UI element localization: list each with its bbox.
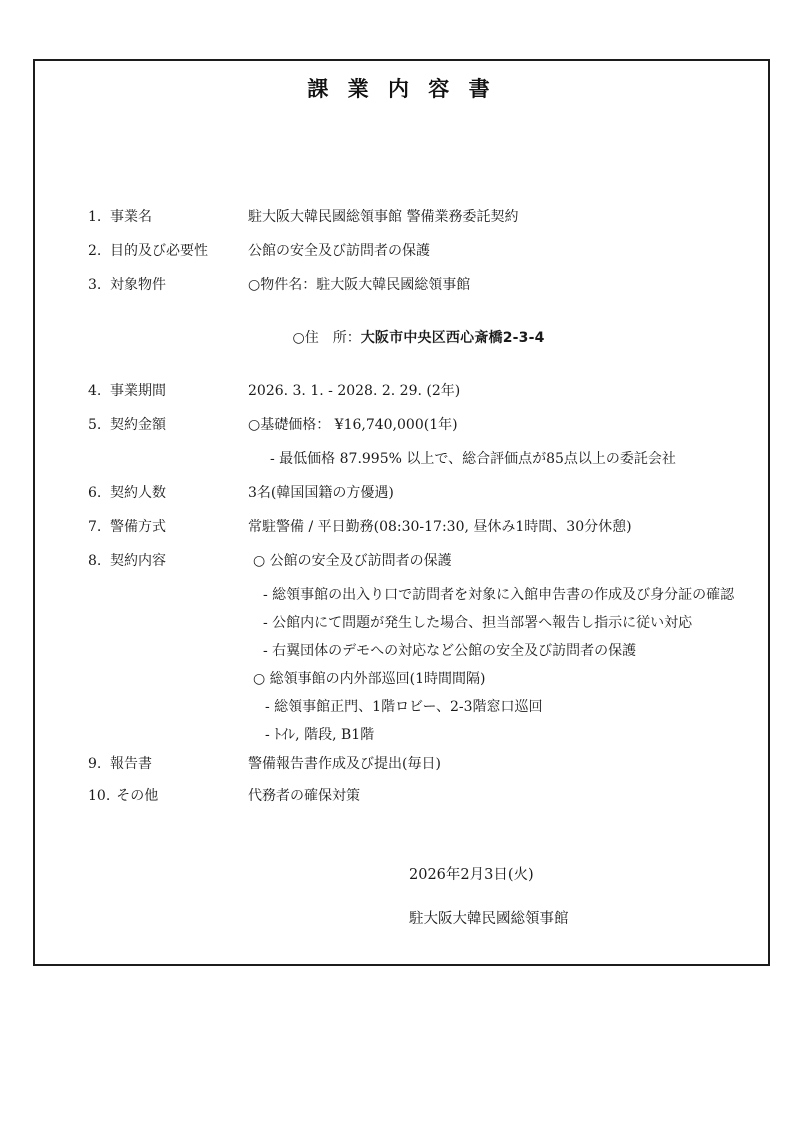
item-row-1: 1. 事業名 駐大阪大韓民國総領事館 警備業務委託契約 [88,208,750,227]
item-row-5-note: - 最低価格 87.995% 以上で、総合評価点が85点以上の委託会社 [88,450,750,469]
item-list: 1. 事業名 駐大阪大韓民國総領事館 警備業務委託契約 2. 目的及び必要性 公… [88,208,750,821]
item-row-3-address: ○住 所：大阪市中央区西心斎橋2-3-4 [88,310,750,367]
item-subvalue: - 右翼団体のデモへの対応など公館の安全及び訪問者の保護 [248,642,750,661]
item-value: 3名(韓国国籍の方優遇) [248,484,750,503]
item-value: 駐大阪大韓民國総領事館 警備業務委託契約 [248,208,750,227]
item-label-cell: 3. 対象物件 [88,276,248,295]
item-row-8-bullet2: ○ 総領事館の内外部巡回(1時間間隔) [88,670,750,689]
item-label-cell: 4. 事業期間 [88,382,248,401]
document-date: 2026年2月3日(火) [409,865,569,885]
document-title: 課 業 内 容 書 [35,73,768,103]
item-row-9: 9. 報告書 警備報告書作成及び提出(毎日) [88,755,750,774]
item-number: 7. [88,518,104,537]
address-text: 大阪市中央区西心斎橋2-3-4 [361,330,545,346]
item-subvalue: - 総領事館正門、1階ロビー、2-3階窓口巡回 [248,698,750,717]
organization-name: 駐大阪大韓民國総領事館 [409,909,569,929]
item-label: 対象物件 [110,276,166,295]
item-number: 4. [88,382,104,401]
document-page: 課 業 内 容 書 1. 事業名 駐大阪大韓民國総領事館 警備業務委託契約 2.… [0,0,793,1121]
item-row-8-sub3: - 右翼団体のデモへの対応など公館の安全及び訪問者の保護 [88,642,750,661]
item-number: 9. [88,755,104,774]
item-label: 事業名 [110,208,152,227]
item-number: 1. [88,208,104,227]
footer-block: 2026年2月3日(火) 駐大阪大韓民國総領事館 [409,865,569,929]
item-number: 2. [88,242,104,261]
item-label: 事業期間 [110,382,166,401]
item-subvalue: - 最低価格 87.995% 以上で、総合評価点が85点以上の委託会社 [248,450,750,469]
item-number: 5. [88,416,104,435]
item-value: 警備報告書作成及び提出(毎日) [248,755,750,774]
item-label-cell: 5. 契約金額 [88,416,248,435]
item-row-8-sub5: - ﾄｲﾚ, 階段, B1階 [88,726,750,745]
item-row-5: 5. 契約金額 ○基礎価格： ¥16,740,000(1年) [88,416,750,435]
item-row-10: 10. その他 代務者の確保対策 [88,787,750,806]
item-value: 公館の安全及び訪問者の保護 [248,242,750,261]
item-row-6: 6. 契約人数 3名(韓国国籍の方優遇) [88,484,750,503]
document-border-frame: 課 業 内 容 書 1. 事業名 駐大阪大韓民國総領事館 警備業務委託契約 2.… [33,59,770,966]
item-row-3: 3. 対象物件 ○物件名：駐大阪大韓民國総領事館 [88,276,750,295]
item-subvalue: - ﾄｲﾚ, 階段, B1階 [248,726,750,745]
item-value: ○基礎価格： ¥16,740,000(1年) [248,416,750,435]
item-number: 10. [88,787,110,806]
item-subvalue: - 総領事館の出入り口で訪問者を対象に入館申告書の作成及び身分証の確認 [248,586,750,605]
item-row-8-sub1: - 総領事館の出入り口で訪問者を対象に入館申告書の作成及び身分証の確認 [88,586,750,605]
item-subvalue: ○ 総領事館の内外部巡回(1時間間隔) [248,670,750,689]
item-label: 目的及び必要性 [110,242,208,261]
item-value: 代務者の確保対策 [248,787,750,806]
item-label-cell: 6. 契約人数 [88,484,248,503]
item-label: 警備方式 [110,518,166,537]
item-label: 報告書 [110,755,152,774]
item-label: 契約内容 [110,552,166,571]
item-subvalue: - 公館内にて問題が発生した場合、担当部署へ報告し指示に従い対応 [248,614,750,633]
item-label-cell: 2. 目的及び必要性 [88,242,248,261]
item-label: その他 [116,787,158,806]
item-label: 契約金額 [110,416,166,435]
item-label-cell: 7. 警備方式 [88,518,248,537]
item-row-8-sub2: - 公館内にて問題が発生した場合、担当部署へ報告し指示に従い対応 [88,614,750,633]
item-value: ○ 公館の安全及び訪問者の保護 [248,552,750,571]
item-row-4: 4. 事業期間 2026. 3. 1. - 2028. 2. 29. (2年) [88,382,750,401]
item-label-cell: 9. 報告書 [88,755,248,774]
item-label: 契約人数 [110,484,166,503]
item-value: 常駐警備 / 平日勤務(08:30-17:30, 昼休み1時間、30分休憩) [248,518,750,537]
item-number: 3. [88,276,104,295]
item-value: 2026. 3. 1. - 2028. 2. 29. (2年) [248,382,750,401]
address-prefix: ○住 所： [293,330,361,346]
item-number: 8. [88,552,104,571]
item-label-cell: 8. 契約内容 [88,552,248,571]
item-row-2: 2. 目的及び必要性 公館の安全及び訪問者の保護 [88,242,750,261]
item-value: ○住 所：大阪市中央区西心斎橋2-3-4 [248,310,750,367]
item-label-cell: 1. 事業名 [88,208,248,227]
item-label-cell: 10. その他 [88,787,248,806]
item-number: 6. [88,484,104,503]
item-row-8-sub4: - 総領事館正門、1階ロビー、2-3階窓口巡回 [88,698,750,717]
item-value: ○物件名：駐大阪大韓民國総領事館 [248,276,750,295]
item-row-8: 8. 契約内容 ○ 公館の安全及び訪問者の保護 [88,552,750,571]
item-row-7: 7. 警備方式 常駐警備 / 平日勤務(08:30-17:30, 昼休み1時間、… [88,518,750,537]
